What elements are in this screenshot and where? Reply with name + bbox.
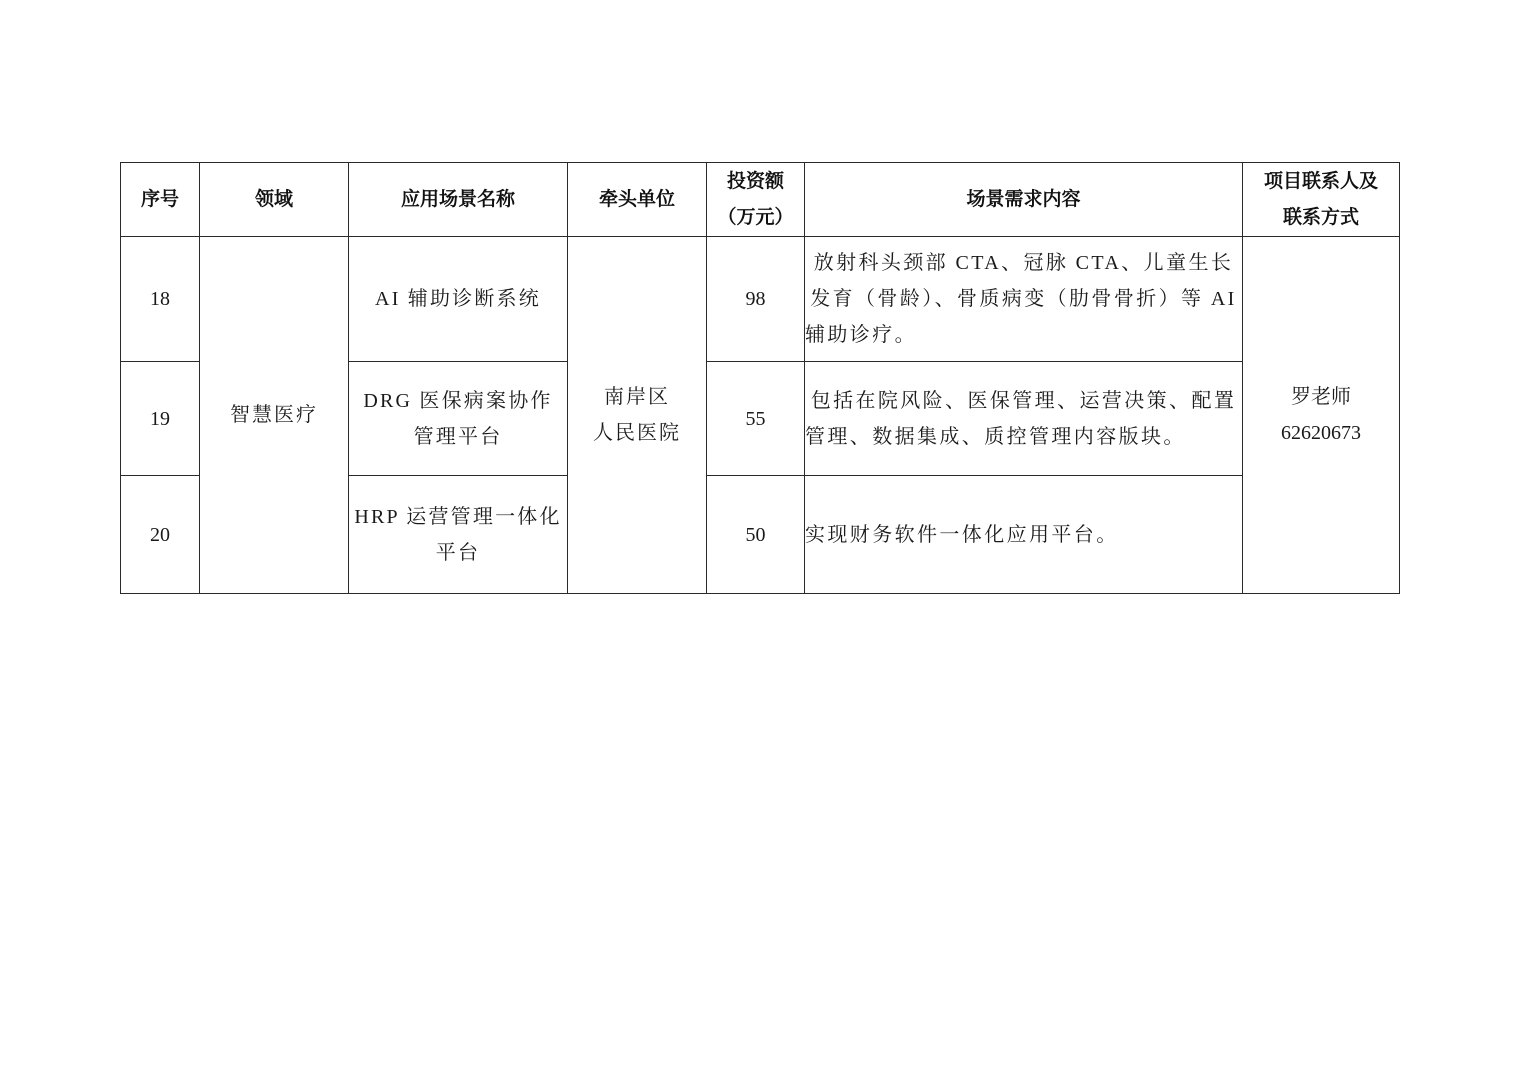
investment-cell: 98	[707, 237, 805, 362]
header-scene-name: 应用场景名称	[349, 163, 568, 237]
header-seq: 序号	[121, 163, 200, 237]
requirement-cell: 包括在院风险、医保管理、运营决策、配置管理、数据集成、质控管理内容版块。	[805, 362, 1243, 476]
scene-name-line1: HRP 运营管理一体化	[349, 499, 567, 535]
lead-unit-line2: 人民医院	[568, 415, 706, 451]
header-lead-unit: 牵头单位	[568, 163, 707, 237]
contact-cell: 罗老师 62620673	[1243, 237, 1400, 594]
lead-unit-cell: 南岸区 人民医院	[568, 237, 707, 594]
scene-name-line2: 平台	[349, 535, 567, 571]
header-row: 序号 领域 应用场景名称 牵头单位 投资额 （万元） 场景需求内容 项目联系人及…	[121, 163, 1400, 237]
scene-name-line2: 管理平台	[349, 419, 567, 455]
header-field: 领域	[200, 163, 349, 237]
table-row: 18 智慧医疗 AI 辅助诊断系统 南岸区 人民医院 98 放射科头颈部 CTA…	[121, 237, 1400, 362]
scene-name-cell: DRG 医保病案协作 管理平台	[349, 362, 568, 476]
requirement-cell: 实现财务软件一体化应用平台。	[805, 476, 1243, 594]
field-cell: 智慧医疗	[200, 237, 349, 594]
contact-phone: 62620673	[1243, 415, 1399, 451]
lead-unit-line1: 南岸区	[568, 379, 706, 415]
seq-cell: 18	[121, 237, 200, 362]
requirement-cell: 放射科头颈部 CTA、冠脉 CTA、儿童生长发育（骨龄）、骨质病变（肋骨骨折）等…	[805, 237, 1243, 362]
investment-cell: 55	[707, 362, 805, 476]
scenario-table: 序号 领域 应用场景名称 牵头单位 投资额 （万元） 场景需求内容 项目联系人及…	[120, 162, 1400, 594]
scene-name-line1: AI 辅助诊断系统	[349, 281, 567, 317]
scene-name-cell: AI 辅助诊断系统	[349, 237, 568, 362]
header-investment-line1: 投资额	[707, 164, 804, 200]
seq-cell: 20	[121, 476, 200, 594]
contact-name: 罗老师	[1243, 379, 1399, 415]
header-investment: 投资额 （万元）	[707, 163, 805, 237]
header-investment-line2: （万元）	[707, 200, 804, 236]
header-requirement: 场景需求内容	[805, 163, 1243, 237]
header-contact: 项目联系人及 联系方式	[1243, 163, 1400, 237]
header-contact-line2: 联系方式	[1243, 200, 1399, 236]
scene-name-cell: HRP 运营管理一体化 平台	[349, 476, 568, 594]
header-contact-line1: 项目联系人及	[1243, 164, 1399, 200]
seq-cell: 19	[121, 362, 200, 476]
scene-name-line1: DRG 医保病案协作	[349, 383, 567, 419]
investment-cell: 50	[707, 476, 805, 594]
